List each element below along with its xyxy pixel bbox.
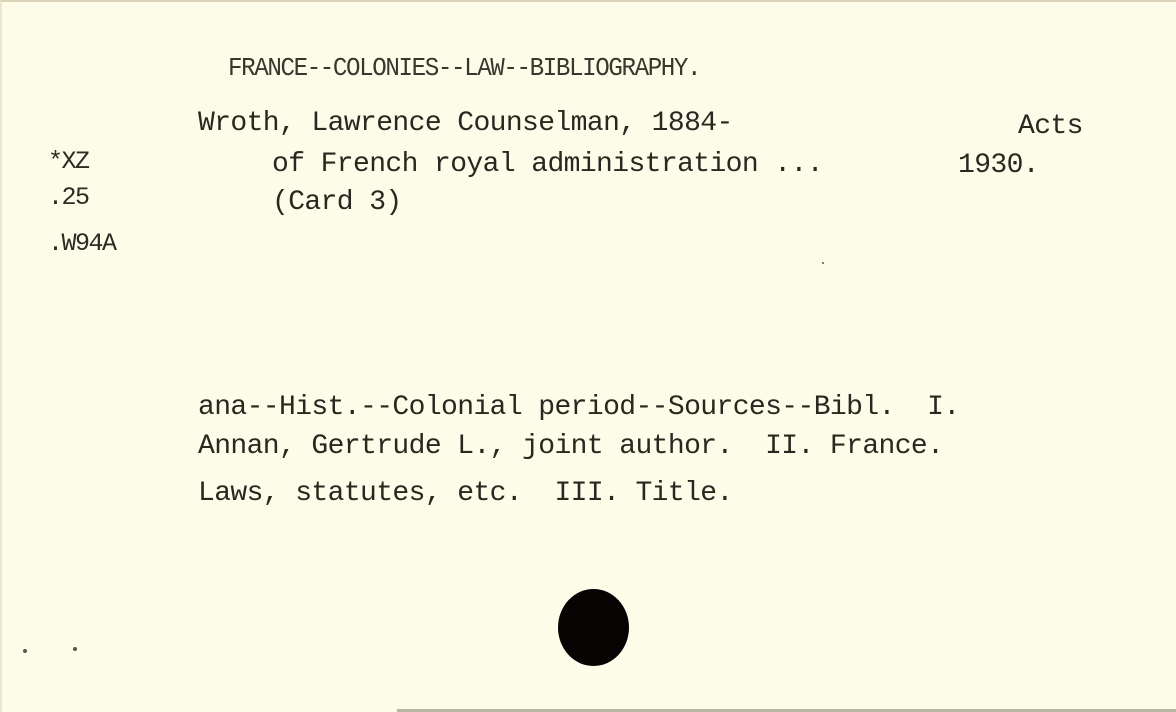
publication-year: 1930. <box>958 148 1039 184</box>
speck-mark <box>23 649 27 653</box>
punch-hole <box>558 589 629 666</box>
tracing-line: Laws, statutes, etc. III. Title. <box>198 476 733 512</box>
tracing-line: Annan, Gertrude L., joint author. II. Fr… <box>198 429 943 465</box>
card-number: (Card 3) <box>272 185 402 221</box>
title-start: Acts <box>1018 109 1083 145</box>
speck-mark <box>822 262 824 264</box>
title-line: of French royal administration ... <box>272 147 823 183</box>
tracing-line: ana--Hist.--Colonial period--Sources--Bi… <box>198 390 960 426</box>
call-number-subclass: .25 <box>48 180 89 216</box>
speck-mark <box>73 647 77 651</box>
call-number-cutter: .W94A <box>48 226 116 262</box>
catalog-card: FRANCE--COLONIES--LAW--BIBLIOGRAPHY. *XZ… <box>0 0 1176 712</box>
call-number-class: *XZ <box>48 144 89 180</box>
subject-heading: FRANCE--COLONIES--LAW--BIBLIOGRAPHY. <box>228 50 700 86</box>
author-line: Wroth, Lawrence Counselman, 1884- <box>198 106 733 142</box>
